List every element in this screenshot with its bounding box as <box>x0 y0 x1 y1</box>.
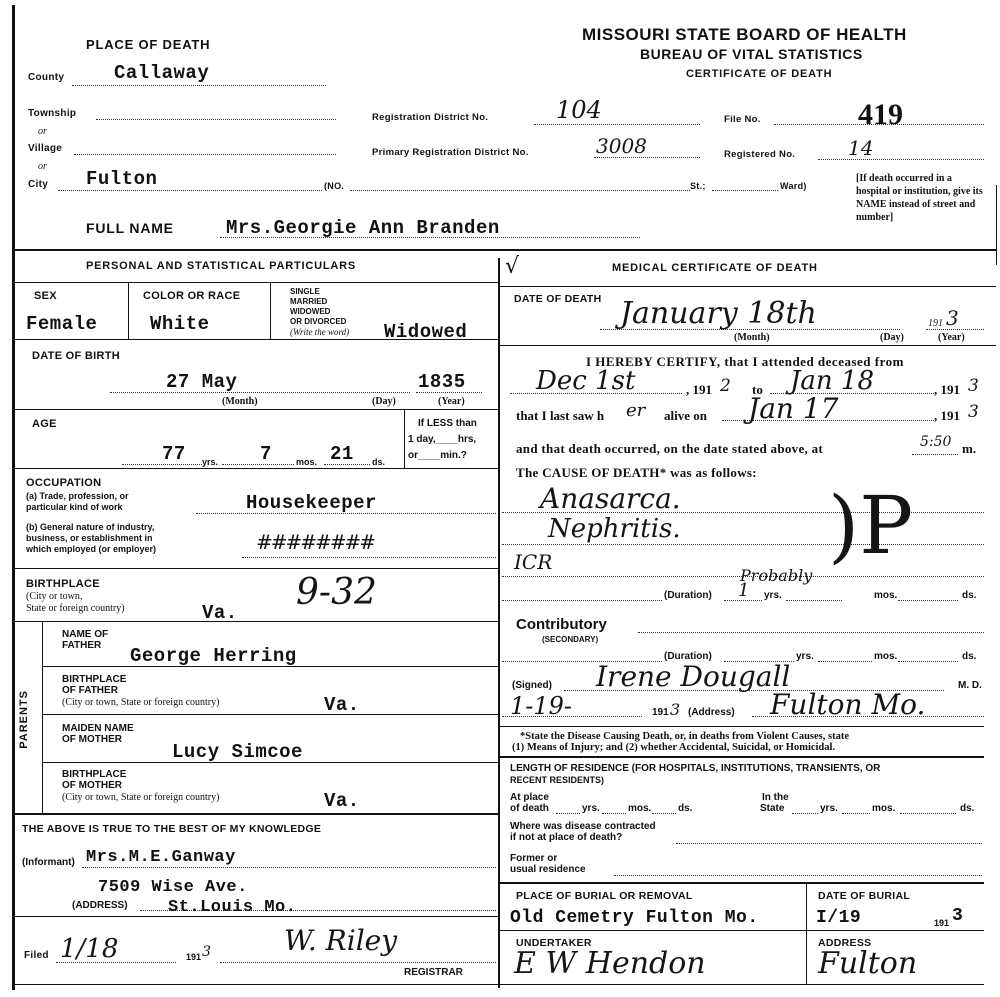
physician-address: Fulton Mo. <box>770 688 925 721</box>
full-name-value: Mrs.Georgie Ann Branden <box>226 217 500 239</box>
death-time-m: m. <box>962 441 976 457</box>
if-less-line1: If LESS than <box>418 419 477 429</box>
cause-line-3-value: ICR <box>514 550 552 574</box>
duration-label: (Duration) <box>664 591 712 601</box>
mother-bp-label-2: OF MOTHER <box>62 781 122 791</box>
last-saw-year-prefix: , 191 <box>934 408 960 424</box>
attended-from: Dec 1st <box>536 366 635 396</box>
marital-option-single: SINGLE <box>290 287 320 297</box>
rule-below-occupation <box>12 568 498 569</box>
physician-signature: Irene Dougall <box>596 660 790 693</box>
dob-year-line <box>416 392 482 393</box>
rule-below-burial <box>500 930 984 931</box>
former-label-1: Former or <box>510 854 557 864</box>
signed-label: (Signed) <box>512 681 552 691</box>
death-time-line <box>912 454 958 455</box>
registered-no-line <box>818 159 984 160</box>
registrar-label: REGISTRAR <box>404 968 463 978</box>
mother-label-1: MAIDEN NAME <box>62 724 134 734</box>
county-line <box>72 85 326 86</box>
informant-statement: THE ABOVE IS TRUE TO THE BEST OF MY KNOW… <box>22 823 321 835</box>
contrib-yrs-label: yrs. <box>796 652 814 662</box>
residence-title-2: RECENT RESIDENTS) <box>510 775 604 785</box>
father-value: George Herring <box>130 645 297 667</box>
sex-label: SEX <box>34 290 57 302</box>
death-time: 5:50 <box>920 434 951 450</box>
duration-ds-line <box>898 600 958 601</box>
registered-no-value: 14 <box>848 136 873 160</box>
attended-to-year: 3 <box>968 376 979 396</box>
dob-label: DATE OF BIRTH <box>32 350 120 362</box>
at-place-mos: mos. <box>628 804 651 814</box>
medical-check-mark: √ <box>505 254 519 279</box>
dob-month-caption: (Month) <box>222 396 258 407</box>
age-months-line <box>222 464 294 465</box>
rule-below-mother <box>43 762 498 763</box>
rule-below-parents <box>12 813 498 815</box>
county-label: County <box>28 72 64 83</box>
city-value: Fulton <box>86 168 157 190</box>
at-place-label-1: At place <box>510 793 549 803</box>
dob-year: 1835 <box>418 371 466 393</box>
at-place-yrs: yrs. <box>582 804 600 814</box>
informant-address-line2: St.Louis Mo. <box>168 898 296 917</box>
last-saw-prefix: that I last saw h <box>516 408 604 424</box>
burial-date-value: I/19 <box>816 908 861 928</box>
occ-a-label-1: (a) Trade, profession, or <box>26 491 129 501</box>
age-days-line <box>324 464 370 465</box>
cause-mark-icon: )P <box>828 486 913 566</box>
contracted-label-2: if not at place of death? <box>510 833 622 843</box>
at-place-yrs-line <box>556 813 580 814</box>
dob-month-day: 27 May <box>166 371 237 393</box>
at-place-ds-line <box>652 813 676 814</box>
age-ds-label: ds. <box>372 457 385 467</box>
race-marital-divider <box>270 283 271 339</box>
father-bp-hint: (City or town, State or foreign country) <box>62 697 219 708</box>
or-label-2: or <box>38 161 47 172</box>
rule-below-age <box>12 468 498 469</box>
in-state-mos: mos. <box>872 804 895 814</box>
hospital-note: [If death occurred in a hospital or inst… <box>856 172 986 224</box>
age-less-divider <box>404 410 405 468</box>
place-of-death-title: PLACE OF DEATH <box>86 37 210 52</box>
cause-text: The CAUSE OF DEATH* was as follows: <box>516 465 757 481</box>
age-yrs-label: yrs. <box>202 457 218 467</box>
filed-year-prefix: 191 <box>186 952 201 962</box>
birthplace-hint-1: (City or town, <box>26 591 82 602</box>
occ-a-label-2: particular kind of work <box>26 502 123 512</box>
mother-label-2: OF MOTHER <box>62 735 122 745</box>
rule-below-personal-title <box>12 282 498 283</box>
informant-line <box>82 867 496 868</box>
right-border-upper <box>996 185 997 265</box>
burial-year-suffix: 3 <box>952 906 963 926</box>
marital-hint: (Write the word) <box>290 327 349 338</box>
death-month-caption: (Month) <box>734 332 770 343</box>
contracted-label-1: Where was disease contracted <box>510 822 656 832</box>
undertaker-address: Fulton <box>818 946 917 981</box>
occ-b-label-1: (b) General nature of industry, <box>26 522 154 532</box>
medical-section-title: MEDICAL CERTIFICATE OF DEATH <box>612 262 818 274</box>
undertaker-value: E W Hendon <box>514 946 706 981</box>
contrib-ds-line <box>898 661 958 662</box>
father-bp-label-2: OF FATHER <box>62 686 118 696</box>
street-no-label: (NO. <box>324 181 344 191</box>
occ-b-label-2: business, or establishment in <box>26 533 153 543</box>
contrib-ds-label: ds. <box>962 652 976 662</box>
primary-district-label: Primary Registration District No. <box>372 147 529 158</box>
rule-below-date-of-death <box>500 345 996 346</box>
reg-district-value: 104 <box>556 96 602 124</box>
secondary-label: (SECONDARY) <box>542 635 598 645</box>
footnote-line2: (1) Means of Injury; and (2) whether Acc… <box>512 742 835 753</box>
reg-district-line <box>534 124 700 125</box>
in-state-yrs: yrs. <box>820 804 838 814</box>
burial-year-prefix: 191 <box>934 918 949 928</box>
rule-below-dob <box>12 409 498 410</box>
cause-note: Probably <box>740 566 812 585</box>
registered-no-label: Registered No. <box>724 149 795 160</box>
contracted-line <box>676 843 982 844</box>
father-label-1: NAME OF <box>62 630 108 640</box>
ward-label: Ward) <box>780 181 807 191</box>
age-months: 7 <box>260 443 272 465</box>
occupation-value: Housekeeper <box>246 492 377 514</box>
section-top-rule <box>12 249 996 251</box>
sex-race-divider <box>128 283 129 339</box>
street-line <box>350 190 690 191</box>
city-line <box>58 190 322 191</box>
agency-title: MISSOURI STATE BOARD OF HEALTH <box>582 25 907 45</box>
father-bp-label-1: BIRTHPLACE <box>62 675 126 685</box>
death-day-caption: (Day) <box>880 332 904 343</box>
in-state-label-2: State <box>760 804 784 814</box>
rule-below-informant <box>12 916 498 917</box>
filed-date: 1/18 <box>60 934 118 964</box>
informant-address-line1: 7509 Wise Ave. <box>98 878 248 897</box>
informant-value: Mrs.M.E.Ganway <box>86 848 236 867</box>
last-saw-date: Jan 17 <box>748 392 838 425</box>
primary-district-value: 3008 <box>596 134 647 158</box>
bureau-title: BUREAU OF VITAL STATISTICS <box>640 46 863 62</box>
burial-date-label: DATE OF BURIAL <box>818 890 910 902</box>
death-year-suffix: 3 <box>946 306 959 330</box>
duration-ds-label: ds. <box>962 591 976 601</box>
township-label: Township <box>28 108 76 119</box>
contrib-mos-line <box>818 661 872 662</box>
marital-option-divorced: OR DIVORCED <box>290 317 346 327</box>
birthplace-hint-2: State or foreign country) <box>26 603 125 614</box>
rule-below-sex <box>12 339 498 340</box>
cause-line-2-value: Nephritis. <box>548 514 681 544</box>
father-label-2: FATHER <box>62 641 101 651</box>
ward-line <box>712 190 778 191</box>
registrar-signature: W. Riley <box>284 924 397 957</box>
filed-label: Filed <box>24 950 49 961</box>
signed-year-suffix: 3 <box>670 700 680 719</box>
filed-year-suffix: 3 <box>202 944 211 960</box>
rule-above-footnote <box>500 726 984 727</box>
if-less-line3: or____min.? <box>408 451 467 461</box>
last-saw-year: 3 <box>968 402 979 422</box>
in-state-label-1: In the <box>762 793 789 803</box>
occ-b-value-crossed: ######## <box>256 530 374 554</box>
in-state-ds: ds. <box>960 804 974 814</box>
street-st-label: St.; <box>690 181 706 191</box>
in-state-ds-line <box>900 813 956 814</box>
duration-line <box>502 600 662 601</box>
reg-district-label: Registration District No. <box>372 112 488 123</box>
personal-section-title: PERSONAL AND STATISTICAL PARTICULARS <box>86 260 356 272</box>
center-divider <box>498 258 500 988</box>
death-year-prefix: 191 <box>928 318 943 329</box>
dob-year-caption: (Year) <box>438 396 465 407</box>
residence-title: LENGTH OF RESIDENCE (FOR HOSPITALS, INST… <box>510 764 880 774</box>
rule-above-burial <box>500 882 984 884</box>
at-place-mos-line <box>602 813 626 814</box>
at-place-label-2: of death <box>510 804 549 814</box>
father-bp-value: Va. <box>324 694 360 716</box>
signed-year-prefix: 191 <box>652 708 669 718</box>
attended-from-year: 2 <box>720 376 731 396</box>
duration-yrs-label: yrs. <box>764 591 782 601</box>
parents-side-divider <box>42 622 43 814</box>
death-year-caption: (Year) <box>938 332 965 343</box>
dob-line <box>110 392 410 393</box>
occupation-title: OCCUPATION <box>26 477 101 489</box>
mother-bp-label-1: BIRTHPLACE <box>62 770 126 780</box>
rule-below-father <box>43 666 498 667</box>
burial-place-label: PLACE OF BURIAL OR REMOVAL <box>516 890 693 902</box>
contributory-label: Contributory <box>516 616 607 633</box>
village-label: Village <box>28 143 62 154</box>
file-no-value: 419 <box>858 98 903 132</box>
at-place-ds: ds. <box>678 804 692 814</box>
former-label-2: usual residence <box>510 865 586 875</box>
rule-below-birthplace <box>12 621 498 622</box>
informant-address-label: (ADDRESS) <box>72 901 128 911</box>
date-of-death-value: January 18th <box>620 296 817 331</box>
alive-on-label: alive on <box>664 408 707 424</box>
file-no-label: File No. <box>724 114 761 125</box>
md-label: M. D. <box>958 681 982 691</box>
occ-b-line <box>242 557 496 558</box>
sex-value: Female <box>26 313 97 335</box>
age-mos-label: mos. <box>296 457 317 467</box>
race-label: COLOR OR RACE <box>143 290 240 302</box>
rule-below-medical-title <box>500 286 996 287</box>
county-value: Callaway <box>114 62 209 84</box>
contributory-line <box>638 632 984 633</box>
marital-option-married: MARRIED <box>290 297 327 307</box>
in-state-yrs-line <box>792 813 818 814</box>
rule-below-father-bp <box>43 714 498 715</box>
rule-bottom-left <box>12 984 498 985</box>
marital-option-widowed: WIDOWED <box>290 307 330 317</box>
in-state-mos-line <box>842 813 870 814</box>
city-label: City <box>28 179 48 190</box>
if-less-line2: 1 day,____hrs, <box>408 435 476 445</box>
township-line <box>96 119 336 120</box>
age-label: AGE <box>32 418 57 430</box>
burial-place-value: Old Cemetry Fulton Mo. <box>510 908 759 928</box>
birthplace-label: BIRTHPLACE <box>26 578 100 590</box>
rule-bottom-right <box>500 984 984 985</box>
mother-value: Lucy Simcoe <box>172 741 303 763</box>
occ-b-label-3: which employed (or employer) <box>26 544 156 554</box>
registrar-line <box>220 962 496 963</box>
duration-years: 1 <box>738 580 749 601</box>
or-label-1: or <box>38 126 47 137</box>
mother-bp-hint: (City or town, State or foreign country) <box>62 792 219 803</box>
cause-line-1-value: Anasarca. <box>540 482 681 515</box>
burial-divider <box>806 884 807 984</box>
form-title: CERTIFICATE OF DEATH <box>686 68 832 80</box>
date-of-death-label: DATE OF DEATH <box>514 293 602 305</box>
rule-below-footnote <box>500 756 984 758</box>
footnote-line1: *State the Disease Causing Death, or, in… <box>520 731 849 742</box>
last-saw-pronoun: er <box>626 400 645 421</box>
duration-mos-line <box>786 600 842 601</box>
attended-to-year-prefix: , 191 <box>934 382 960 398</box>
attended-from-year-prefix: , 191 <box>686 382 712 398</box>
signed-date: 1-19- <box>510 692 572 720</box>
left-border <box>12 5 15 990</box>
duration-mos-label: mos. <box>874 591 897 601</box>
death-year-line <box>926 329 984 330</box>
full-name-label: FULL NAME <box>86 220 174 236</box>
parents-side-label: PARENTS <box>18 690 30 749</box>
informant-label: (Informant) <box>22 858 75 868</box>
death-time-text: and that death occurred, on the date sta… <box>516 441 823 457</box>
race-value: White <box>150 313 210 335</box>
contrib-mos-label: mos. <box>874 652 897 662</box>
age-days: 21 <box>330 443 354 465</box>
age-years: 77 <box>162 443 186 465</box>
dob-day-caption: (Day) <box>372 396 396 407</box>
birthplace-annotation: 9-32 <box>296 572 377 613</box>
village-line <box>74 154 336 155</box>
physician-address-label: (Address) <box>688 708 735 718</box>
mother-bp-value: Va. <box>324 790 360 812</box>
former-line <box>614 875 982 876</box>
